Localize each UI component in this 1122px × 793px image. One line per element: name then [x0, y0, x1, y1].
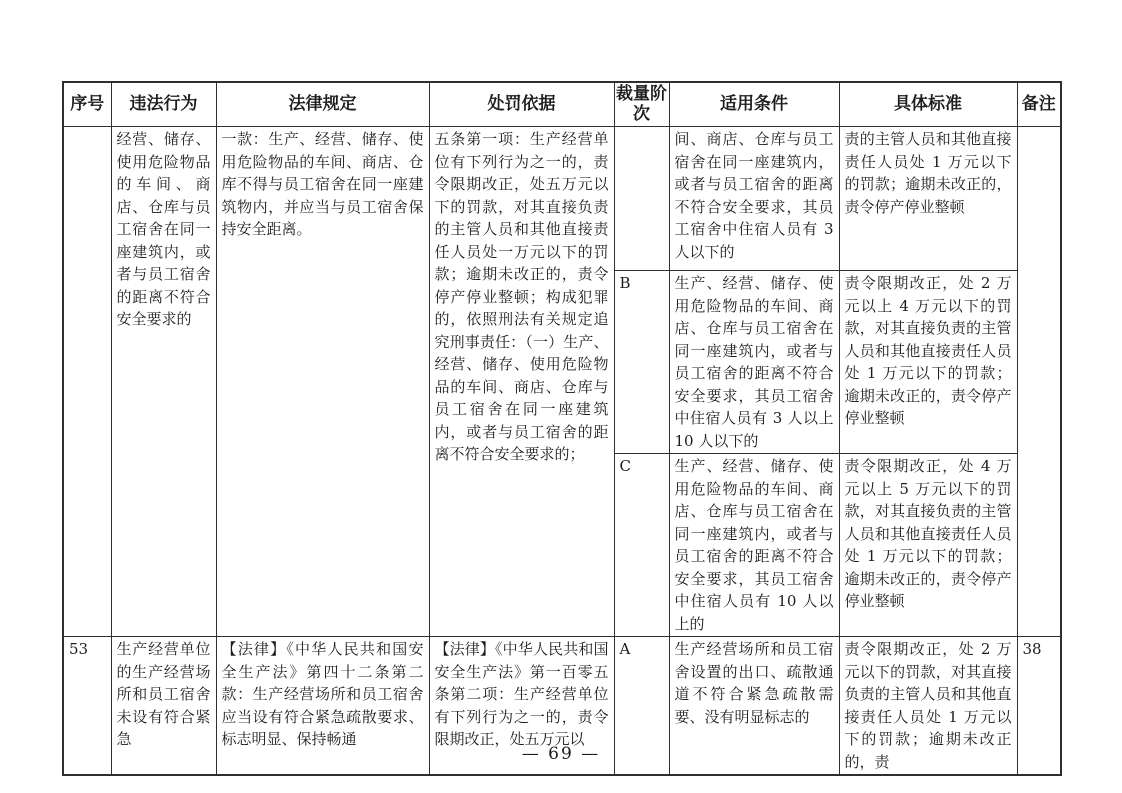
row1-violation-cell: 经营、储存、使用危险物品的车间、商店、仓库与员工宿舍在同一座建筑内，或者与员工宿…	[111, 127, 216, 637]
row1-tier2-level-cell: B	[614, 271, 669, 454]
penalty-discretion-table: 序号 违法行为 法律规定 处罚依据 裁量阶次 适用条件 具体标准 备注 经营、储…	[62, 81, 1062, 776]
document-page: 序号 违法行为 法律规定 处罚依据 裁量阶次 适用条件 具体标准 备注 经营、储…	[0, 0, 1122, 793]
row1-tier3-standard-cell: 责令限期改正，处 4 万元以上 5 万元以下的罚款，对其直接负责的主管人员和其他…	[839, 454, 1017, 637]
row1-tier3-level-cell: C	[614, 454, 669, 637]
row1-tier1-level-cell	[614, 127, 669, 271]
header-seq: 序号	[63, 82, 111, 127]
row1-tier1-condition-cell: 间、商店、仓库与员工宿舍在同一座建筑内，或者与员工宿舍的距离不符合安全要求，其员…	[669, 127, 839, 271]
header-condition: 适用条件	[669, 82, 839, 127]
row1-tier2-standard-cell: 责令限期改正，处 2 万元以上 4 万元以下的罚款，对其直接负责的主管人员和其他…	[839, 271, 1017, 454]
table-row: 经营、储存、使用危险物品的车间、商店、仓库与员工宿舍在同一座建筑内，或者与员工宿…	[63, 127, 1061, 271]
row1-tier3-condition-cell: 生产、经营、储存、使用危险物品的车间、商店、仓库与员工宿舍在同一座建筑内，或者与…	[669, 454, 839, 637]
row1-basis-cell: 五条第一项：生产经营单位有下列行为之一的，责令限期改正，处五万元以下的罚款，对其…	[429, 127, 614, 637]
row1-law-cell: 一款：生产、经营、储存、使用危险物品的车间、商店、仓库不得与员工宿舍在同一座建筑…	[216, 127, 429, 637]
header-law: 法律规定	[216, 82, 429, 127]
row1-seq-cell	[63, 127, 111, 637]
page-number: — 69 —	[0, 744, 1122, 764]
row1-tier1-standard-cell: 责的主管人员和其他直接责任人员处 1 万元以下的罚款；逾期未改正的，责令停产停业…	[839, 127, 1017, 271]
table-header-row: 序号 违法行为 法律规定 处罚依据 裁量阶次 适用条件 具体标准 备注	[63, 82, 1061, 127]
header-standard: 具体标准	[839, 82, 1017, 127]
row1-remark-cell	[1017, 127, 1061, 637]
header-tier: 裁量阶次	[614, 82, 669, 127]
header-remark: 备注	[1017, 82, 1061, 127]
row1-tier2-condition-cell: 生产、经营、储存、使用危险物品的车间、商店、仓库与员工宿舍在同一座建筑内，或者与…	[669, 271, 839, 454]
header-violation: 违法行为	[111, 82, 216, 127]
header-basis: 处罚依据	[429, 82, 614, 127]
